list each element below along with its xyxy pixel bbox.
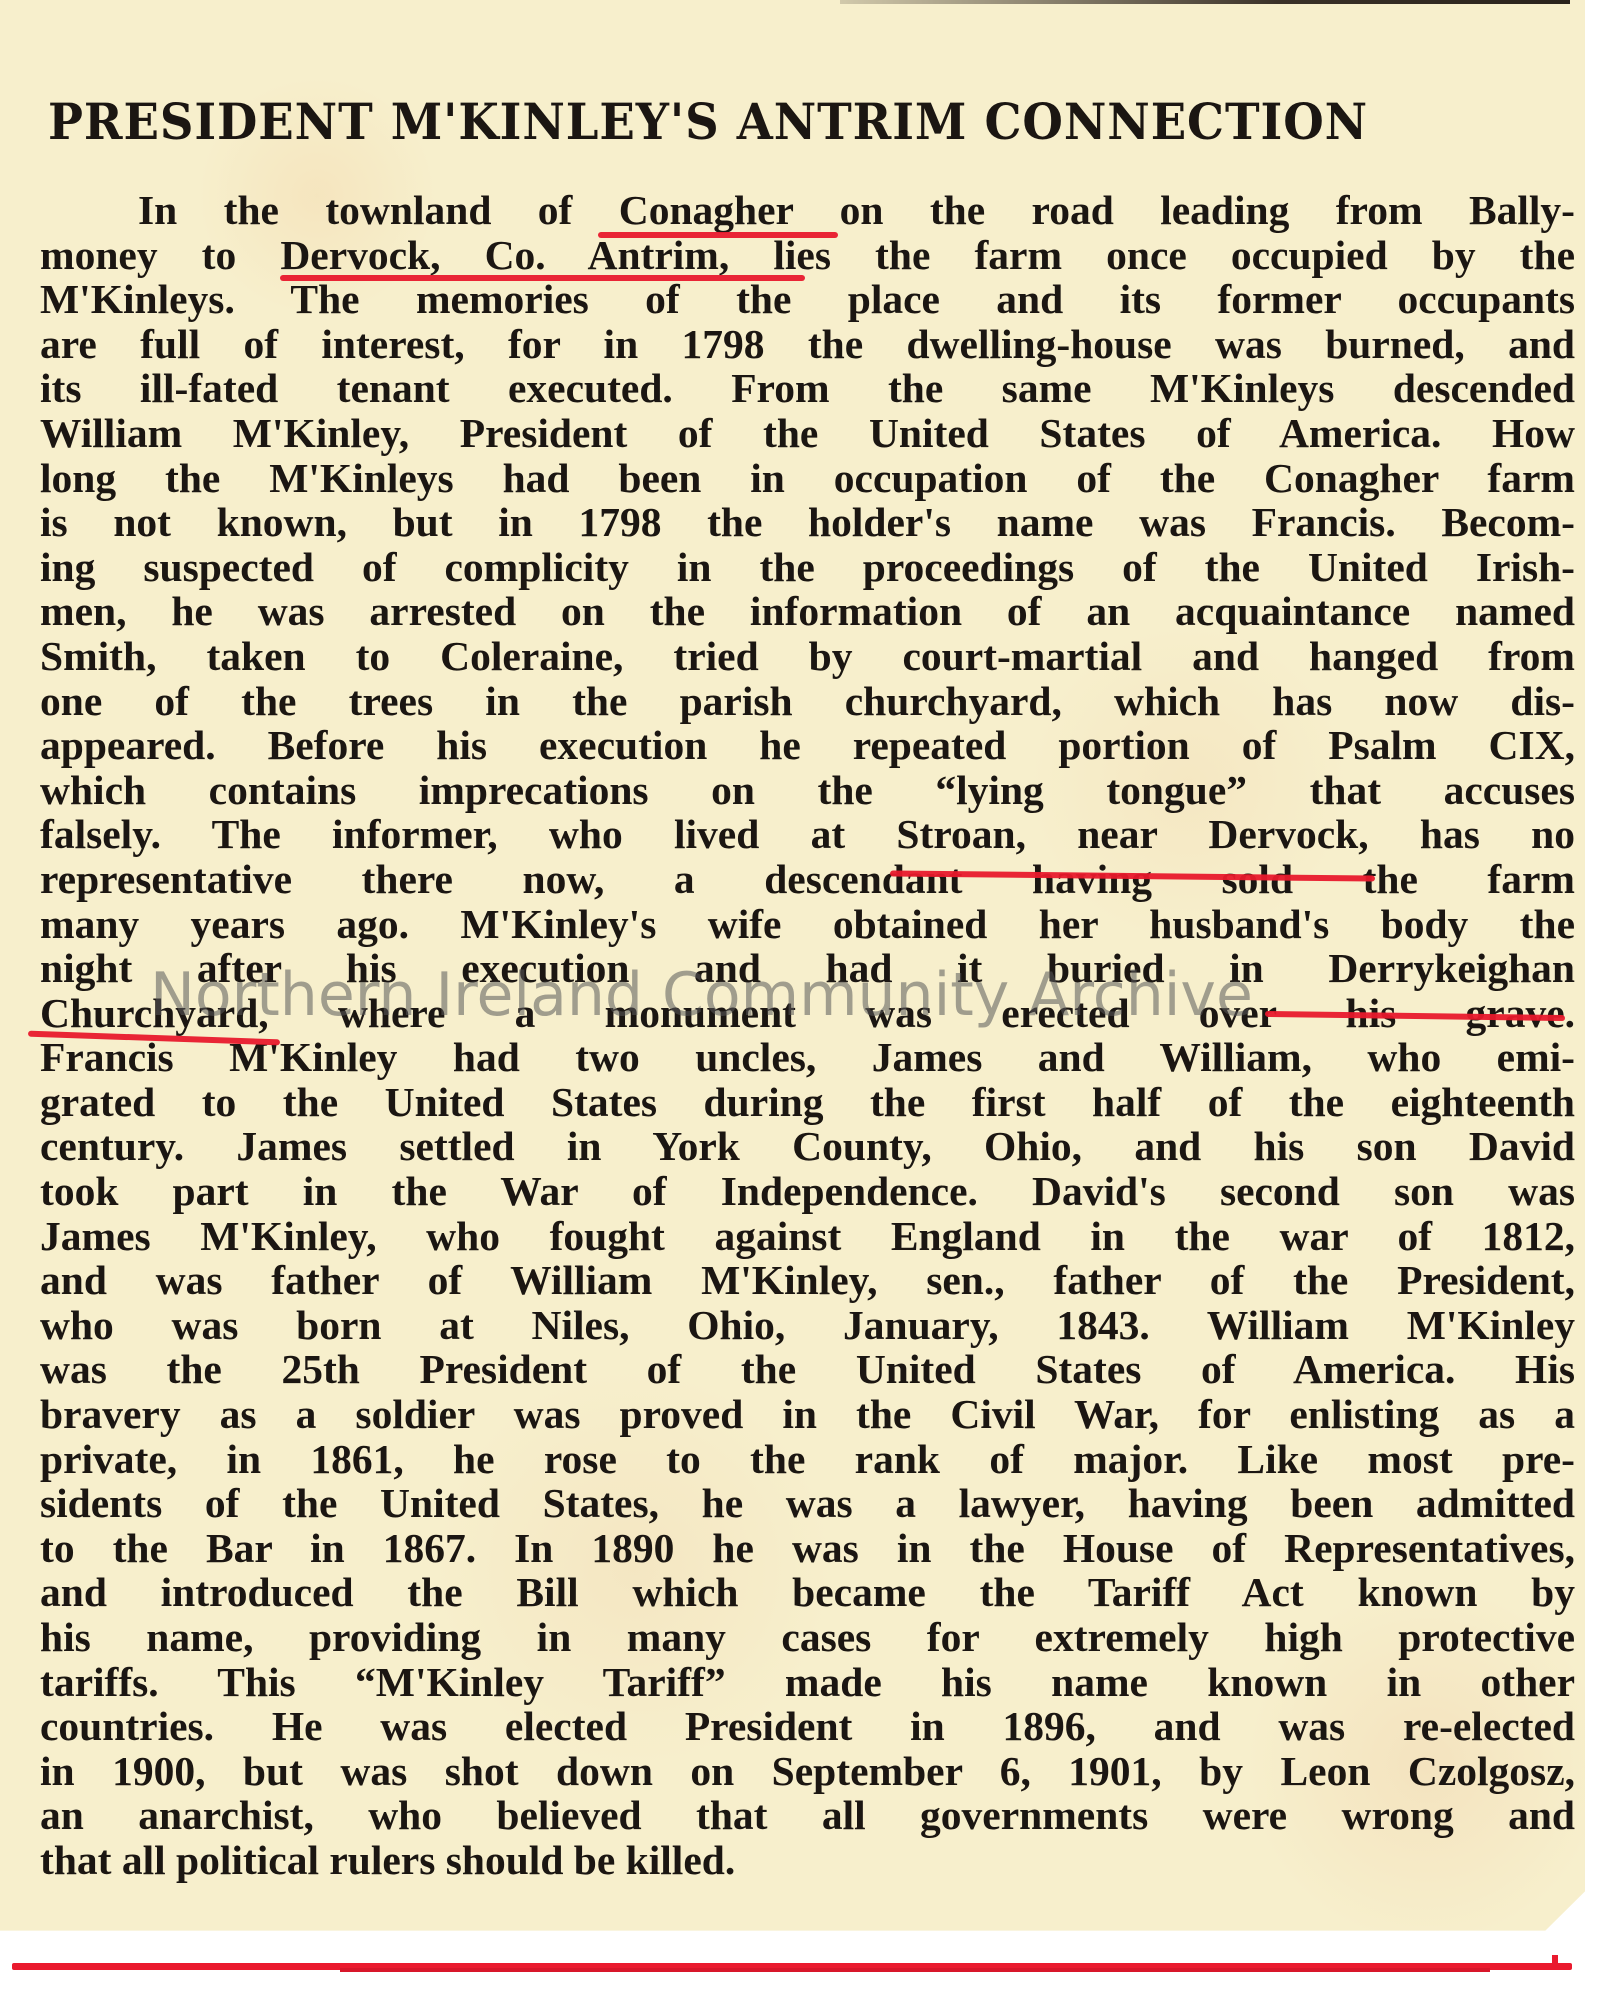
body-line: many years ago. M'Kinley's wife obtained… xyxy=(40,902,1575,947)
body-line: in 1900, but was shot down on September … xyxy=(40,1749,1575,1794)
body-line: falsely. The informer, who lived at Stro… xyxy=(40,812,1575,857)
body-line: William M'Kinley, President of the Unite… xyxy=(40,411,1575,456)
body-line: to the Bar in 1867. In 1890 he was in th… xyxy=(40,1526,1575,1571)
body-line: men, he was arrested on the information … xyxy=(40,589,1575,634)
body-line: In the townland of Conagher on the road … xyxy=(40,188,1575,233)
body-line: ing suspected of complicity in the proce… xyxy=(40,545,1575,590)
bottom-pen-line-secondary xyxy=(340,1968,1490,1972)
body-line: who was born at Niles, Ohio, January, 18… xyxy=(40,1303,1575,1348)
body-line: sidents of the United States, he was a l… xyxy=(40,1481,1575,1526)
headline: PRESIDENT M'KINLEY'S ANTRIM CONNECTION xyxy=(48,92,1462,151)
body-line: Smith, taken to Coleraine, tried by cour… xyxy=(40,634,1575,679)
body-line: that all political rulers should be kill… xyxy=(40,1838,1575,1883)
body-line: countries. He was elected President in 1… xyxy=(40,1704,1575,1749)
body-line: private, in 1861, he rose to the rank of… xyxy=(40,1437,1575,1482)
clipping-top-edge xyxy=(840,0,1570,4)
body-line: night after his execution and had it bur… xyxy=(40,946,1575,991)
body-line: took part in the War of Independence. Da… xyxy=(40,1169,1575,1214)
body-line: tariffs. This “M'Kinley Tariff” made his… xyxy=(40,1660,1575,1705)
pen-underline-dervock-antrim xyxy=(280,275,805,281)
bottom-pen-tick xyxy=(1552,1955,1558,1970)
pen-underline-conagher xyxy=(598,232,838,238)
body-line: long the M'Kinleys had been in occupatio… xyxy=(40,456,1575,501)
body-line: James M'Kinley, who fought against Engla… xyxy=(40,1214,1575,1259)
body-line: was the 25th President of the United Sta… xyxy=(40,1347,1575,1392)
body-line: his name, providing in many cases for ex… xyxy=(40,1615,1575,1660)
body-line: century. James settled in York County, O… xyxy=(40,1124,1575,1169)
body-line: bravery as a soldier was proved in the C… xyxy=(40,1392,1575,1437)
body-line: money to Dervock, Co. Antrim, lies the f… xyxy=(40,233,1575,278)
body-line: M'Kinleys. The memories of the place and… xyxy=(40,277,1575,322)
body-line: are full of interest, for in 1798 the dw… xyxy=(40,322,1575,367)
article-body: In the townland of Conagher on the road … xyxy=(40,188,1575,1883)
body-line: one of the trees in the parish churchyar… xyxy=(40,679,1575,724)
body-line: grated to the United States during the f… xyxy=(40,1080,1575,1125)
body-line: an anarchist, who believed that all gove… xyxy=(40,1793,1575,1838)
body-line: appeared. Before his execution he repeat… xyxy=(40,723,1575,768)
body-line: which contains imprecations on the “lyin… xyxy=(40,768,1575,813)
body-line: and was father of William M'Kinley, sen.… xyxy=(40,1258,1575,1303)
body-line: is not known, but in 1798 the holder's n… xyxy=(40,500,1575,545)
body-line: and introduced the Bill which became the… xyxy=(40,1570,1575,1615)
body-line: its ill-fated tenant executed. From the … xyxy=(40,366,1575,411)
